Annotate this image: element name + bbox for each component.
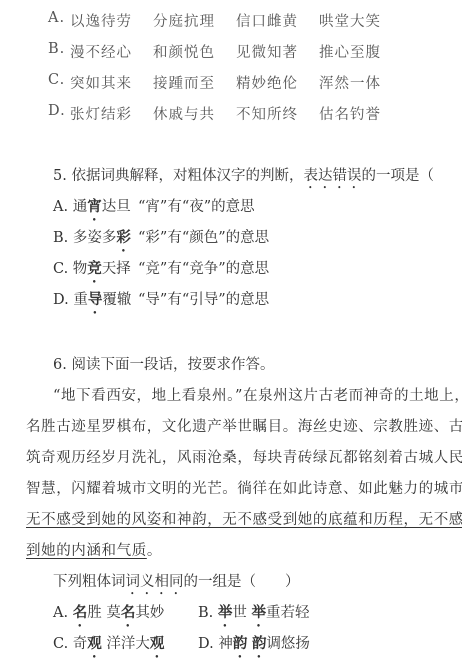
word-part: 调悠扬 — [266, 636, 310, 652]
option-label: B. — [48, 41, 65, 57]
option-label: D. — [53, 292, 69, 308]
word-part: 胜 — [87, 605, 102, 621]
stem-emphasis: 词义相同 — [126, 574, 184, 590]
stem-text: 5. 依据词典解释，对粗体汉字的判断， — [53, 168, 303, 184]
q5-stem: 5. 依据词典解释，对粗体汉字的判断，表达错误的一项是（ ） — [53, 164, 462, 192]
q6-sub-stem: 下列粗体词词义相同的一组是（ ） — [53, 570, 300, 598]
idiom: 分庭抗理 — [153, 10, 215, 31]
q6-option-d: D. 神韵 韵调悠扬 — [198, 632, 310, 661]
word-part: 其妙 — [135, 605, 164, 621]
word-part: 神 — [218, 636, 233, 652]
idiom: 不知所终 — [236, 103, 298, 124]
bold-char: 韵 — [233, 635, 248, 652]
q6-option-a: A. 名胜 莫名其妙 — [53, 601, 164, 630]
idiom: 接踵而至 — [153, 72, 215, 93]
bold-char: 名 — [121, 604, 136, 621]
bold-char: 名 — [73, 604, 88, 621]
underlined-text: 到她的内涵和气质 — [26, 543, 147, 559]
word-part: 奇 — [73, 636, 88, 652]
passage-line: 名胜古迹星罗棋布，文化遗产举世瞩目。海丝史迹、宗教胜迹、古建 — [26, 415, 462, 436]
stem-text: 的一组是（ ） — [184, 574, 300, 590]
word-part: 洋洋大 — [106, 636, 150, 652]
option-label: C. — [53, 261, 68, 277]
bold-char: 观 — [150, 635, 165, 652]
idiom-part: 多姿多 — [73, 230, 117, 246]
idiom: 突如其来 — [70, 72, 132, 93]
passage-underlined-last: 到她的内涵和气质。 — [26, 539, 162, 560]
q4-option-b: B. 漫不经心 和颜悦色 见微知著 推心至腹 — [0, 41, 462, 61]
option-label: C. — [48, 72, 65, 88]
passage-underlined-line: 无不感受到她的风姿和神韵，无不感受到她的底蕴和历程，无不感受 — [26, 508, 462, 529]
idiom-part: 通 — [73, 199, 88, 215]
option-label: D. — [48, 103, 66, 119]
explanation: “宵”有“夜”的意思 — [138, 195, 255, 216]
punctuation: 。 — [147, 543, 162, 559]
q5-option-b: B. 多姿多彩 “彩”有“颜色”的意思 — [53, 226, 131, 255]
q6-option-c: C. 奇观 洋洋大观 — [53, 632, 164, 661]
word-part: 莫 — [106, 605, 121, 621]
q4-option-c: C. 突如其来 接踵而至 精妙绝伦 浑然一体 — [0, 72, 462, 92]
explanation: “彩”有“颜色”的意思 — [138, 226, 269, 247]
idiom-part: 重 — [73, 292, 88, 308]
passage-line: “地下看西安，地上看泉州。”在泉州这片古老而神奇的土地上， — [53, 384, 462, 405]
bold-char: 观 — [87, 635, 102, 652]
stem-emphasis: 表达错误 — [303, 168, 361, 184]
q4-option-a: A. 以逸待劳 分庭抗理 信口雌黄 哄堂大笑 — [0, 10, 462, 30]
q5-option-c: C. 物竞天择 “竞”有“竞争”的意思 — [53, 257, 131, 286]
idiom: 浑然一体 — [319, 72, 381, 93]
q6-option-b: B. 举世 举重若轻 — [198, 601, 309, 630]
option-label: C. — [53, 636, 68, 652]
bold-char: 竞 — [87, 260, 102, 277]
idiom: 和颜悦色 — [153, 41, 215, 62]
idiom-part: 达旦 — [102, 199, 131, 215]
idiom: 见微知著 — [236, 41, 298, 62]
q5-option-a: A. 通宵达旦 “宵”有“夜”的意思 — [53, 195, 131, 224]
word-part: 重若轻 — [266, 605, 310, 621]
idiom: 张灯结彩 — [70, 103, 132, 124]
idiom: 以逸待劳 — [70, 10, 132, 31]
idiom: 推心至腹 — [319, 41, 381, 62]
idiom-part: 物 — [73, 261, 88, 277]
idiom: 精妙绝伦 — [236, 72, 298, 93]
idiom: 休戚与共 — [153, 103, 215, 124]
explanation: “竞”有“竞争”的意思 — [138, 257, 269, 278]
idiom: 估名钓誉 — [319, 103, 381, 124]
bold-char: 举 — [251, 604, 266, 621]
idiom-part: 覆辙 — [102, 292, 131, 308]
q6-stem: 6. 阅读下面一段话，按要求作答。 — [53, 353, 274, 374]
idiom: 信口雌黄 — [236, 10, 298, 31]
idiom: 哄堂大笑 — [319, 10, 381, 31]
explanation: “导”有“引导”的意思 — [138, 288, 269, 309]
bold-char: 宵 — [87, 198, 102, 215]
stem-text: 的一项是（ ） — [361, 168, 462, 184]
option-label: D. — [198, 636, 214, 652]
passage-line: 智慧，闪耀着城市文明的光芒。徜徉在如此诗意、如此魅力的城市， — [26, 477, 462, 498]
option-label: B. — [53, 230, 68, 246]
passage-line: 筑奇观历经岁月洗礼，风雨沧桑，每块青砖绿瓦都铭刻着古城人民的 — [26, 446, 462, 467]
bold-char: 导 — [88, 291, 103, 308]
bold-char: 举 — [218, 604, 233, 621]
option-label: A. — [53, 199, 68, 215]
option-label: A. — [53, 605, 68, 621]
word-part: 世 — [232, 605, 247, 621]
option-label: B. — [198, 605, 213, 621]
bold-char: 彩 — [116, 229, 131, 246]
bold-char: 韵 — [252, 635, 267, 652]
option-label: A. — [48, 10, 65, 26]
stem-text: 下列粗体词 — [53, 574, 126, 590]
q5-option-d: D. 重导覆辙 “导”有“引导”的意思 — [53, 288, 131, 317]
idiom: 漫不经心 — [70, 41, 132, 62]
idiom-part: 天择 — [102, 261, 131, 277]
q4-option-d: D. 张灯结彩 休戚与共 不知所终 估名钓誉 — [0, 103, 462, 123]
